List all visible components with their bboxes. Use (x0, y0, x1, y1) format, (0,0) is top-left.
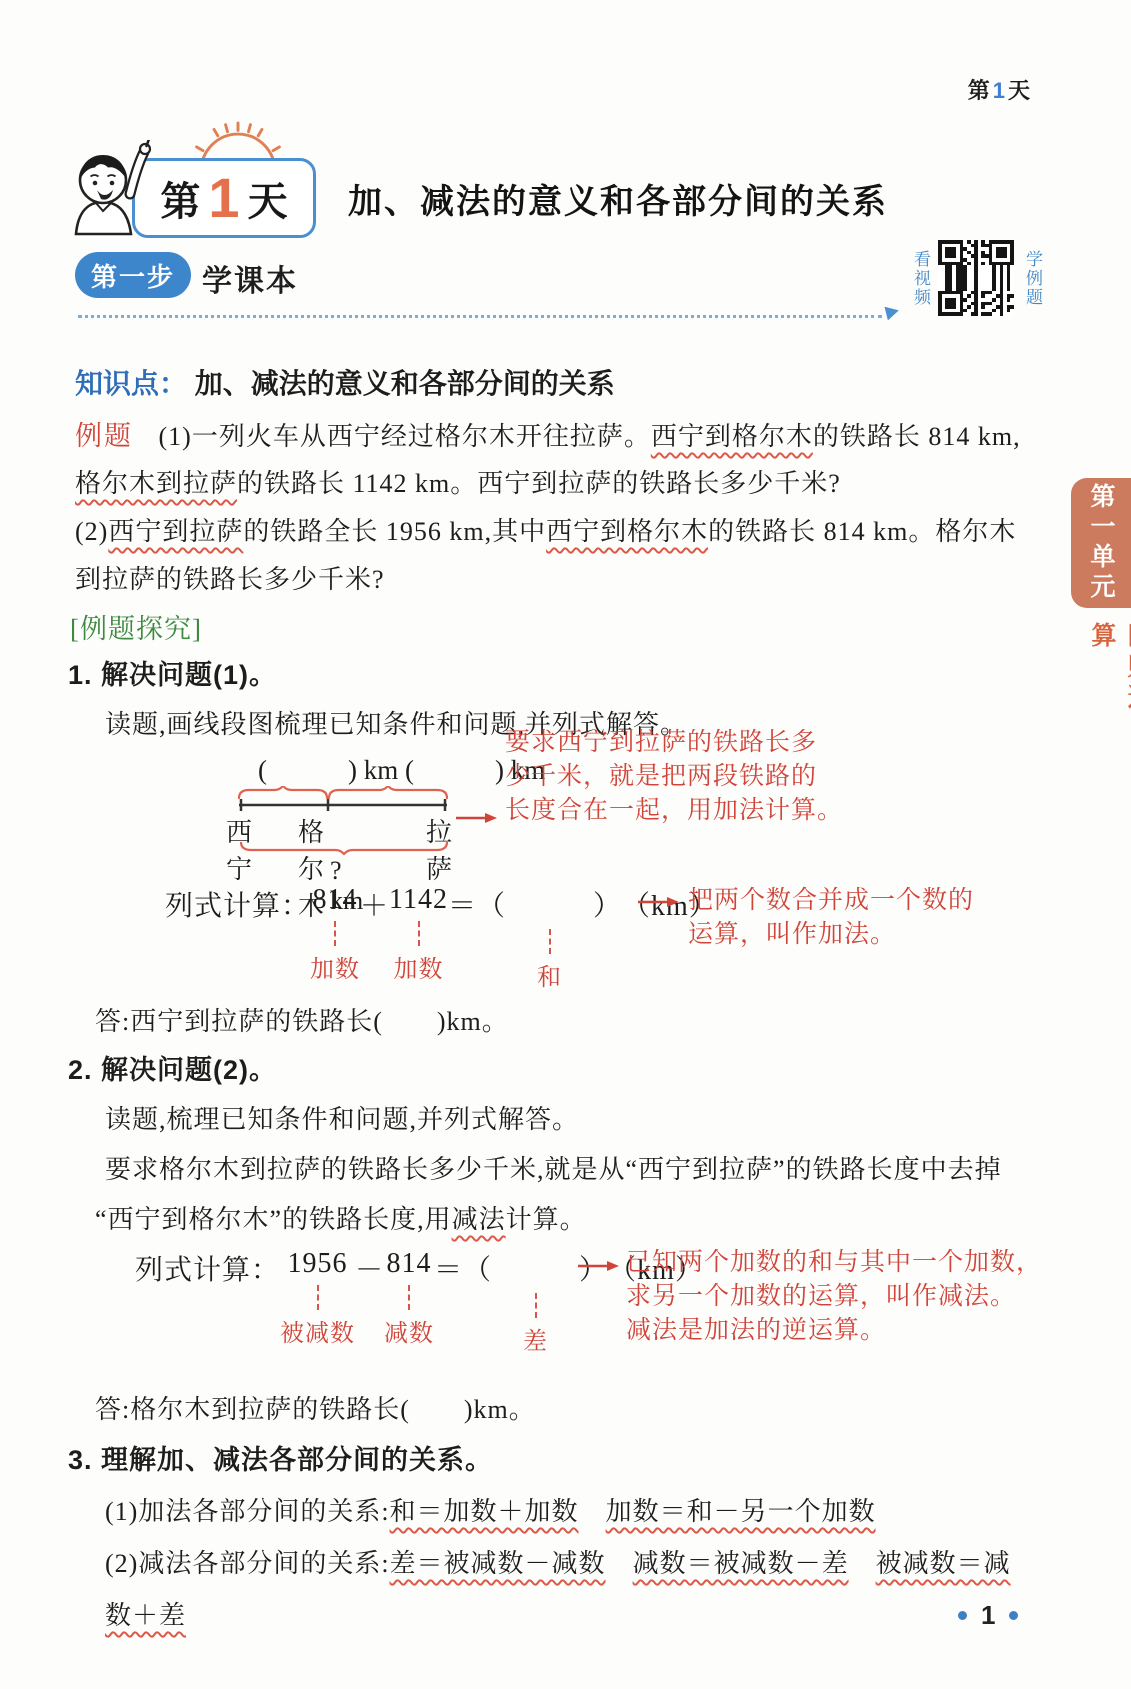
equation-2-term-b: 814 (387, 1248, 432, 1280)
equation-2-prefix: 列式计算： (135, 1248, 280, 1288)
mascot-boy-illustration (58, 140, 178, 240)
equation-2-equals: ＝ (434, 1248, 463, 1288)
diagram-note: 要求西宁到拉萨的铁路长多 少千米，就是把两段铁路的 长度合在一起，用加法计算。 (505, 726, 843, 828)
knowledge-point-row: 知识点： 加、减法的意义和各部分间的关系 (75, 362, 615, 402)
equation-1-arrow-icon (638, 896, 680, 908)
equation-2-subtrahend: 814 减数 (384, 1248, 434, 1348)
equation-2-note-line: 减法是加法的逆运算。 (626, 1314, 1042, 1348)
part3-line-3: 数＋差 (105, 1592, 186, 1640)
equation-1-term-label-a: 加数 (310, 949, 360, 984)
part1-heading: 1. 解决问题(1)。 (68, 653, 277, 692)
guide-arrow-icon (884, 304, 900, 321)
equation-1-prefix: 列式计算： (165, 884, 310, 924)
equation-2-term-label-b: 减数 (384, 1313, 434, 1348)
diagram-note-line: 长度合在一起，用加法计算。 (505, 794, 843, 828)
equation-2-note-line: 已知两个加数的和与其中一个加数， (626, 1246, 1042, 1280)
example-line-1: 例题 (1)一列火车从西宁经过格尔木开往拉萨。西宁到格尔木的铁路长 814 km… (75, 412, 1021, 461)
example-label: 例题 (75, 421, 133, 451)
part2-analysis-line-2: “西宁到格尔木”的铁路长度,用减法计算。 (95, 1196, 587, 1244)
part1-answer: 答:西宁到拉萨的铁路长( )km。 (95, 998, 509, 1046)
equation-1-term-label-sum: 和 (537, 957, 562, 992)
indicator-dash-icon (408, 1285, 410, 1310)
unit-name-label: 四则运算 (1084, 622, 1131, 742)
day-badge-suffix: 天 (248, 170, 288, 227)
page-title: 加、减法的意义和各部分间的关系 (348, 174, 888, 223)
equation-1-operator: ＋ (360, 884, 389, 924)
equation-1: 列式计算： 814 加数 ＋ 1142 加数 ＝ （ ） 和 （km） (165, 884, 718, 992)
page-footer: 1 (958, 1600, 1018, 1631)
equation-2-term-label-a: 被减数 (280, 1313, 355, 1348)
running-head: 第1天 (968, 74, 1031, 105)
equation-2-minuend: 1956 被减数 (280, 1248, 355, 1348)
example-line-4: 到拉萨的铁路长多少千米? (75, 556, 385, 604)
equation-2-arrow-icon (578, 1260, 620, 1272)
knowledge-point-text: 加、减法的意义和各部分间的关系 (195, 368, 615, 399)
equation-1-term-label-b: 加数 (394, 949, 444, 984)
underbrace-icon (240, 842, 448, 856)
step-title: 学课本 (202, 256, 298, 300)
segment-line (239, 798, 449, 812)
part3-line-2: (2)减法各部分间的关系:差＝被减数－减数 减数＝被减数－差 被减数＝减 (105, 1540, 1011, 1588)
equation-2-note: 已知两个加数的和与其中一个加数， 求另一个加数的运算，叫作减法。 减法是加法的逆… (626, 1246, 1042, 1348)
part2-heading: 2. 解决问题(2)。 (68, 1048, 277, 1087)
part2-analysis-line-1: 要求格尔木到拉萨的铁路长多少千米,就是从“西宁到拉萨”的铁路长度中去掉 (105, 1146, 1002, 1194)
equation-2-note-line: 求另一个加数的运算，叫作减法。 (626, 1280, 1042, 1314)
equation-1-note-line: 把两个数合并成一个数的 (688, 884, 974, 918)
workbook-page: 第1天 第 1 天 加、减法的意义和各部 (0, 0, 1131, 1689)
diagram-note-line: 少千米，就是把两段铁路的 (505, 760, 843, 794)
example-line-2: 格尔木到拉萨的铁路长 1142 km。西宁到拉萨的铁路长多少千米? (75, 460, 841, 508)
running-head-number: 1 (991, 78, 1008, 103)
running-head-prefix: 第 (968, 78, 991, 103)
qr-right-label: 学例题 (1020, 250, 1045, 320)
step-badge: 第一步 (75, 252, 191, 298)
equation-2-term-label-diff: 差 (523, 1321, 548, 1356)
equation-1-addend-2: 1142 加数 (389, 884, 448, 984)
segment-top-labels: ( ) km ( ) km (258, 748, 545, 787)
qr-left-label: 看视频 (908, 250, 933, 320)
equation-2-operator: － (355, 1248, 384, 1288)
example-line-1-text: (1)一列火车从西宁经过格尔木开往拉萨。西宁到格尔木的铁路长 814 km, (159, 422, 1021, 451)
equation-1-addend-1: 814 加数 (310, 884, 360, 984)
equation-1-term-a: 814 (313, 884, 358, 916)
diagram-note-line: 要求西宁到拉萨的铁路长多 (505, 726, 843, 760)
indicator-dash-icon (418, 921, 420, 946)
part2-instruction: 读题,梳理已知条件和问题,并列式解答。 (105, 1096, 579, 1144)
footer-dot-icon (958, 1611, 967, 1620)
equation-1-note: 把两个数合并成一个数的 运算，叫作加法。 (688, 884, 974, 952)
equation-1-equals: ＝ (448, 884, 477, 924)
dotted-guide-line (78, 315, 882, 318)
example-line-3: (2)西宁到拉萨的铁路全长 1956 km,其中西宁到格尔木的铁路长 814 k… (75, 508, 1016, 556)
equation-1-note-line: 运算，叫作加法。 (688, 918, 974, 952)
unit-tab-label: 第一单元 (1083, 483, 1119, 603)
part3-line-1: (1)加法各部分间的关系:和＝加数＋加数 加数＝和－另一个加数 (105, 1488, 876, 1536)
indicator-dash-icon (549, 929, 551, 954)
part3-heading: 3. 理解加、减法各部分间的关系。 (68, 1438, 493, 1477)
explore-tag: [例题探究] (70, 607, 202, 646)
diagram-arrow-icon (456, 812, 498, 824)
qr-code-pattern (938, 240, 1014, 316)
running-head-suffix: 天 (1008, 78, 1031, 103)
part2-answer: 答:格尔木到拉萨的铁路长( )km。 (95, 1386, 536, 1434)
equation-2-term-a: 1956 (288, 1248, 348, 1280)
unit-tab: 第一单元 (1071, 478, 1131, 608)
footer-dot-icon (1009, 1611, 1018, 1620)
day-badge-number: 1 (208, 170, 239, 226)
knowledge-point-label: 知识点： (75, 368, 187, 399)
indicator-dash-icon (334, 921, 336, 946)
indicator-dash-icon (535, 1293, 537, 1318)
equation-1-blank: （ ） (477, 884, 622, 924)
equation-1-term-b: 1142 (389, 884, 448, 916)
page-number: 1 (981, 1600, 995, 1631)
equation-1-result-blank: （ ） 和 (477, 884, 622, 992)
indicator-dash-icon (317, 1285, 319, 1310)
